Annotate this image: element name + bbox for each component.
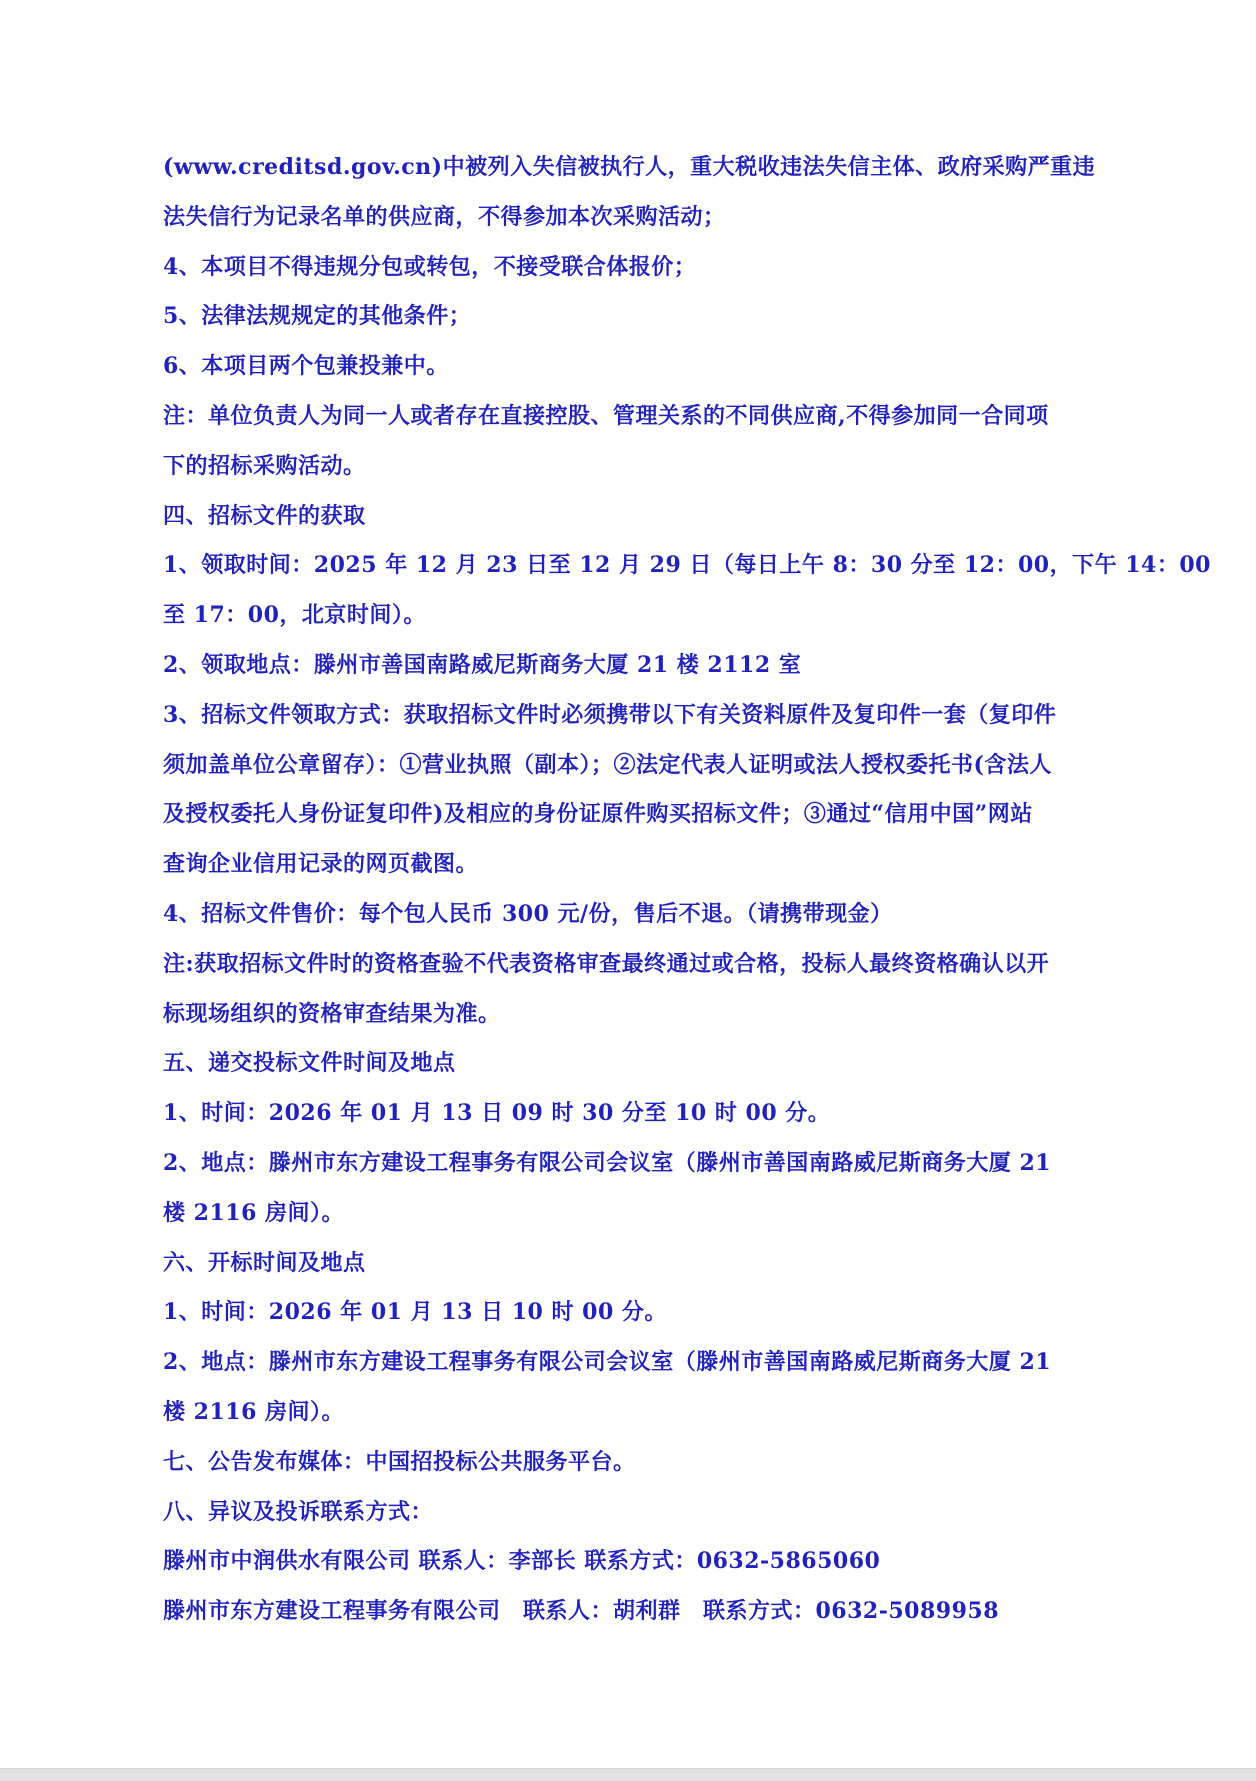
document-body: (www.creditsd.gov.cn)中被列入失信被执行人，重大税收违法失信… (163, 143, 1196, 1637)
text-line: 法失信行为记录名单的供应商，不得参加本次采购活动； (163, 193, 1196, 243)
text-line: (www.creditsd.gov.cn)中被列入失信被执行人，重大税收违法失信… (163, 143, 1196, 193)
text-line: 注：单位负责人为同一人或者存在直接控股、管理关系的不同供应商,不得参加同一合同项 (163, 392, 1196, 442)
text-line: 标现场组织的资格审查结果为准。 (163, 990, 1196, 1040)
text-line: 注:获取招标文件时的资格查验不代表资格审查最终通过或合格，投标人最终资格确认以开 (163, 940, 1196, 990)
text-line: 2、领取地点：滕州市善国南路威尼斯商务大厦 21 楼 2112 室 (163, 641, 1196, 691)
text-line: 滕州市东方建设工程事务有限公司 联系人：胡利群 联系方式：0632-508995… (163, 1587, 1196, 1637)
text-line: 2、地点：滕州市东方建设工程事务有限公司会议室（滕州市善国南路威尼斯商务大厦 2… (163, 1338, 1196, 1388)
text-line: 查询企业信用记录的网页截图。 (163, 840, 1196, 890)
text-line: 下的招标采购活动。 (163, 442, 1196, 492)
text-line: 2、地点：滕州市东方建设工程事务有限公司会议室（滕州市善国南路威尼斯商务大厦 2… (163, 1139, 1196, 1189)
document-page: (www.creditsd.gov.cn)中被列入失信被执行人，重大税收违法失信… (0, 0, 1256, 1781)
text-line: 楼 2116 房间）。 (163, 1189, 1196, 1239)
text-line: 四、招标文件的获取 (163, 492, 1196, 542)
text-line: 楼 2116 房间）。 (163, 1388, 1196, 1438)
text-line: 六、开标时间及地点 (163, 1239, 1196, 1289)
text-line: 八、异议及投诉联系方式： (163, 1488, 1196, 1538)
text-line: 1、领取时间：2025 年 12 月 23 日至 12 月 29 日（每日上午 … (163, 541, 1196, 591)
text-line: 滕州市中润供水有限公司 联系人：李部长 联系方式：0632-5865060 (163, 1537, 1196, 1587)
horizontal-scrollbar[interactable] (0, 1768, 1256, 1781)
text-line: 1、时间：2026 年 01 月 13 日 10 时 00 分。 (163, 1288, 1196, 1338)
text-line: 七、公告发布媒体：中国招投标公共服务平台。 (163, 1438, 1196, 1488)
text-line: 及授权委托人身份证复印件)及相应的身份证原件购买招标文件；③通过“信用中国”网站 (163, 790, 1196, 840)
text-line: 五、递交投标文件时间及地点 (163, 1039, 1196, 1089)
text-line: 3、招标文件领取方式：获取招标文件时必须携带以下有关资料原件及复印件一套（复印件 (163, 691, 1196, 741)
text-line: 4、本项目不得违规分包或转包，不接受联合体报价； (163, 243, 1196, 293)
text-line: 5、法律法规规定的其他条件； (163, 292, 1196, 342)
text-line: 6、本项目两个包兼投兼中。 (163, 342, 1196, 392)
text-line: 须加盖单位公章留存）：①营业执照（副本）；②法定代表人证明或法人授权委托书(含法… (163, 741, 1196, 791)
text-line: 至 17：00，北京时间）。 (163, 591, 1196, 641)
text-line: 4、招标文件售价：每个包人民币 300 元/份，售后不退。（请携带现金） (163, 890, 1196, 940)
text-line: 1、时间：2026 年 01 月 13 日 09 时 30 分至 10 时 00… (163, 1089, 1196, 1139)
